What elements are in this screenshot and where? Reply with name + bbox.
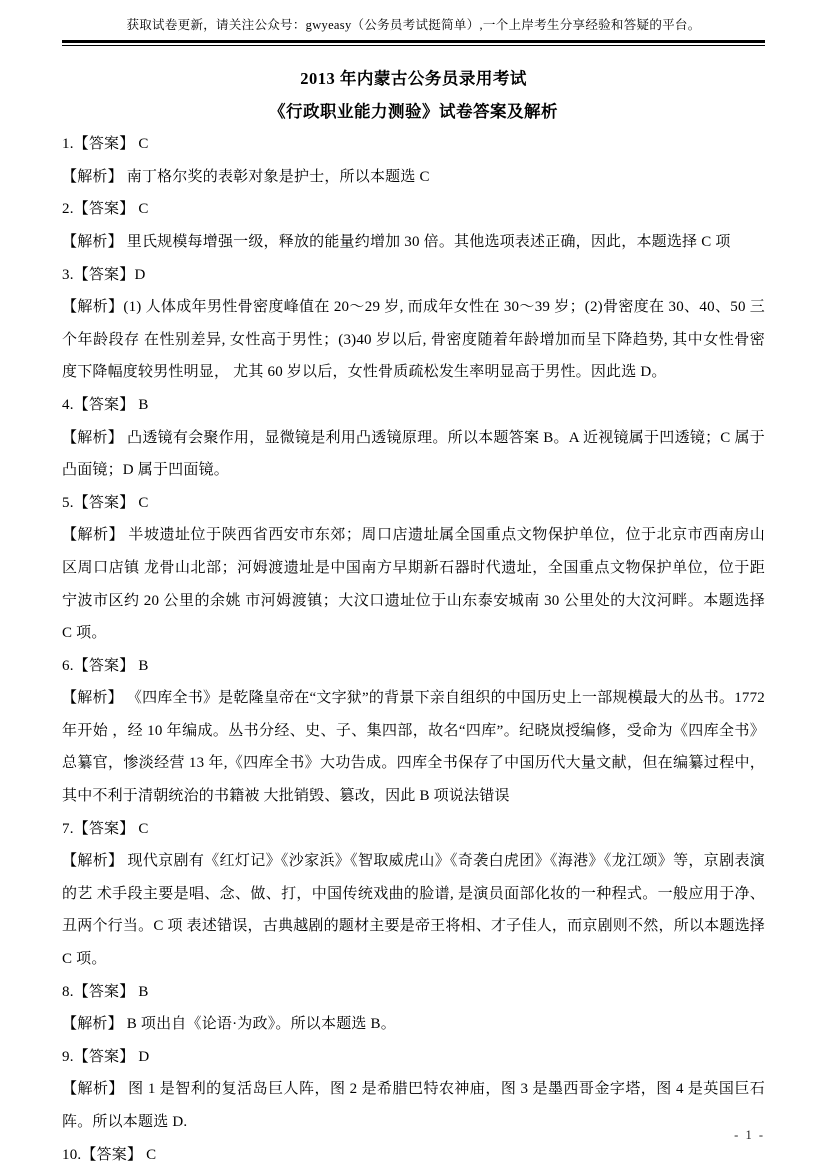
answer-line: 9.【答案】 D <box>62 1041 765 1074</box>
explanation-paragraph: 【解析】 里氏规模每增强一级，释放的能量约增加 30 倍。其他选项表述正确，因此… <box>62 226 765 259</box>
explanation-paragraph: 【解析】 现代京剧有《红灯记》《沙家浜》《智取威虎山》《奇袭白虎团》《海港》《龙… <box>62 845 765 975</box>
answer-line: 4.【答案】 B <box>62 389 765 422</box>
explanation-paragraph: 【解析】 《四库全书》是乾隆皇帝在“文字狱”的背景下亲自组织的中国历史上一部规模… <box>62 682 765 812</box>
document-subtitle: 《行政职业能力测验》试卷答案及解析 <box>62 95 765 128</box>
answer-line: 8.【答案】 B <box>62 976 765 1009</box>
answer-list: 1.【答案】 C 【解析】 南丁格尔奖的表彰对象是护士，所以本题选 C 2.【答… <box>62 128 765 1169</box>
explanation-paragraph: 【解析】 凸透镜有会聚作用，显微镜是利用凸透镜原理。所以本题答案 B。A 近视镜… <box>62 422 765 487</box>
explanation-paragraph: 【解析】 B 项出自《论语·为政》。所以本题选 B。 <box>62 1008 765 1041</box>
answer-line: 2.【答案】 C <box>62 193 765 226</box>
answer-item: 3.【答案】D 【解析】(1) 人体成年男性骨密度峰值在 20～29 岁, 而成… <box>62 259 765 389</box>
header-divider <box>62 40 765 46</box>
header-divider-thick-line <box>62 40 765 43</box>
answer-line: 1.【答案】 C <box>62 128 765 161</box>
explanation-paragraph: 【解析】 图 1 是智利的复活岛巨人阵，图 2 是希腊巴特农神庙，图 3 是墨西… <box>62 1073 765 1138</box>
header-divider-thin-line <box>62 45 765 46</box>
answer-item: 1.【答案】 C 【解析】 南丁格尔奖的表彰对象是护士，所以本题选 C <box>62 128 765 193</box>
answer-item: 8.【答案】 B 【解析】 B 项出自《论语·为政》。所以本题选 B。 <box>62 976 765 1041</box>
answer-item: 7.【答案】 C 【解析】 现代京剧有《红灯记》《沙家浜》《智取威虎山》《奇袭白… <box>62 813 765 976</box>
answer-line: 6.【答案】 B <box>62 650 765 683</box>
answer-item: 4.【答案】 B 【解析】 凸透镜有会聚作用，显微镜是利用凸透镜原理。所以本题答… <box>62 389 765 487</box>
explanation-paragraph: 【解析】(1) 人体成年男性骨密度峰值在 20～29 岁, 而成年女性在 30～… <box>62 291 765 389</box>
document-page: 获取试卷更新，请关注公众号：gwyeasy（公务员考试挺简单）,一个上岸考生分享… <box>0 0 827 1169</box>
answer-item: 9.【答案】 D 【解析】 图 1 是智利的复活岛巨人阵，图 2 是希腊巴特农神… <box>62 1041 765 1139</box>
document-title: 2013 年内蒙古公务员录用考试 <box>62 62 765 95</box>
answer-item: 2.【答案】 C 【解析】 里氏规模每增强一级，释放的能量约增加 30 倍。其他… <box>62 193 765 258</box>
answer-item: 6.【答案】 B 【解析】 《四库全书》是乾隆皇帝在“文字狱”的背景下亲自组织的… <box>62 650 765 813</box>
answer-line: 7.【答案】 C <box>62 813 765 846</box>
answer-item: 5.【答案】 C 【解析】 半坡遗址位于陕西省西安市东郊；周口店遗址属全国重点文… <box>62 487 765 650</box>
explanation-paragraph: 【解析】 南丁格尔奖的表彰对象是护士，所以本题选 C <box>62 161 765 194</box>
answer-item: 10.【答案】 C <box>62 1139 765 1169</box>
header-notice: 获取试卷更新，请关注公众号：gwyeasy（公务员考试挺简单）,一个上岸考生分享… <box>62 0 765 33</box>
answer-line: 3.【答案】D <box>62 259 765 292</box>
document-body: 2013 年内蒙古公务员录用考试 《行政职业能力测验》试卷答案及解析 1.【答案… <box>62 62 765 1169</box>
answer-line: 10.【答案】 C <box>62 1139 765 1169</box>
explanation-paragraph: 【解析】 半坡遗址位于陕西省西安市东郊；周口店遗址属全国重点文物保护单位，位于北… <box>62 519 765 649</box>
answer-line: 5.【答案】 C <box>62 487 765 520</box>
page-number: - 1 - <box>734 1128 765 1143</box>
